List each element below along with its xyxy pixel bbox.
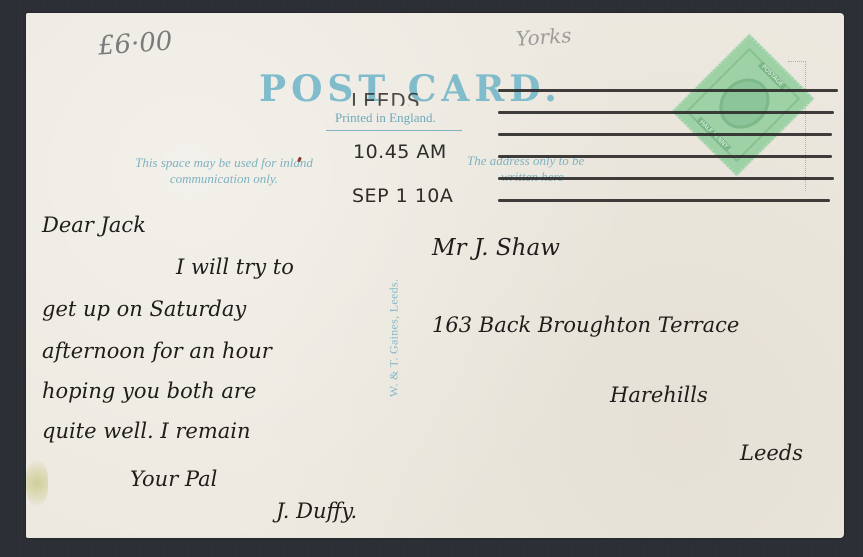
address-district: Harehills	[610, 383, 708, 407]
instruction-line: communication only.	[106, 171, 342, 187]
cancellation-line	[498, 89, 838, 92]
cancellation-line	[498, 111, 834, 114]
address-street: 163 Back Broughton Terrace	[432, 313, 739, 337]
header-divider	[326, 130, 462, 131]
halfpenny-stamp: POSTAGE HALF PENNY	[688, 43, 798, 167]
address-city: Leeds	[740, 441, 803, 465]
cancellation-line	[498, 133, 832, 136]
stamp-box-outline	[805, 61, 806, 191]
postmark-time: 10.45 AM	[353, 141, 447, 163]
message-space-instruction: This space may be used for inland commun…	[106, 155, 342, 187]
address-recipient: Mr J. Shaw	[432, 235, 560, 261]
cancellation-line	[498, 155, 832, 158]
stamp-portrait-icon	[709, 68, 780, 139]
message-line: I will try to	[176, 255, 294, 279]
message-salutation: Dear Jack	[42, 213, 146, 237]
message-line: hoping you both are	[42, 379, 256, 403]
message-line: get up on Saturday	[42, 297, 246, 321]
postmark-date: SEP 1 10A	[352, 185, 453, 207]
postcard: £6·00 Yorks POST CARD. Printed in Englan…	[26, 13, 844, 538]
pencil-price: £6·00	[97, 26, 173, 61]
publisher-imprint: W. & T. Gaines, Leeds.	[384, 238, 404, 438]
printed-in-label: Printed in England.	[335, 110, 436, 126]
foxing-stain	[26, 461, 48, 505]
message-line: afternoon for an hour	[42, 339, 272, 363]
publisher-imprint-text: W. & T. Gaines, Leeds.	[387, 279, 402, 397]
message-signature: J. Duffy.	[276, 499, 357, 523]
instruction-line: This space may be used for inland	[106, 155, 342, 171]
cancellation-line	[498, 177, 834, 180]
message-line: quite well. I remain	[42, 419, 251, 443]
pencil-region-note: Yorks	[515, 23, 572, 51]
message-closing: Your Pal	[130, 467, 217, 491]
cancellation-line	[498, 199, 830, 202]
